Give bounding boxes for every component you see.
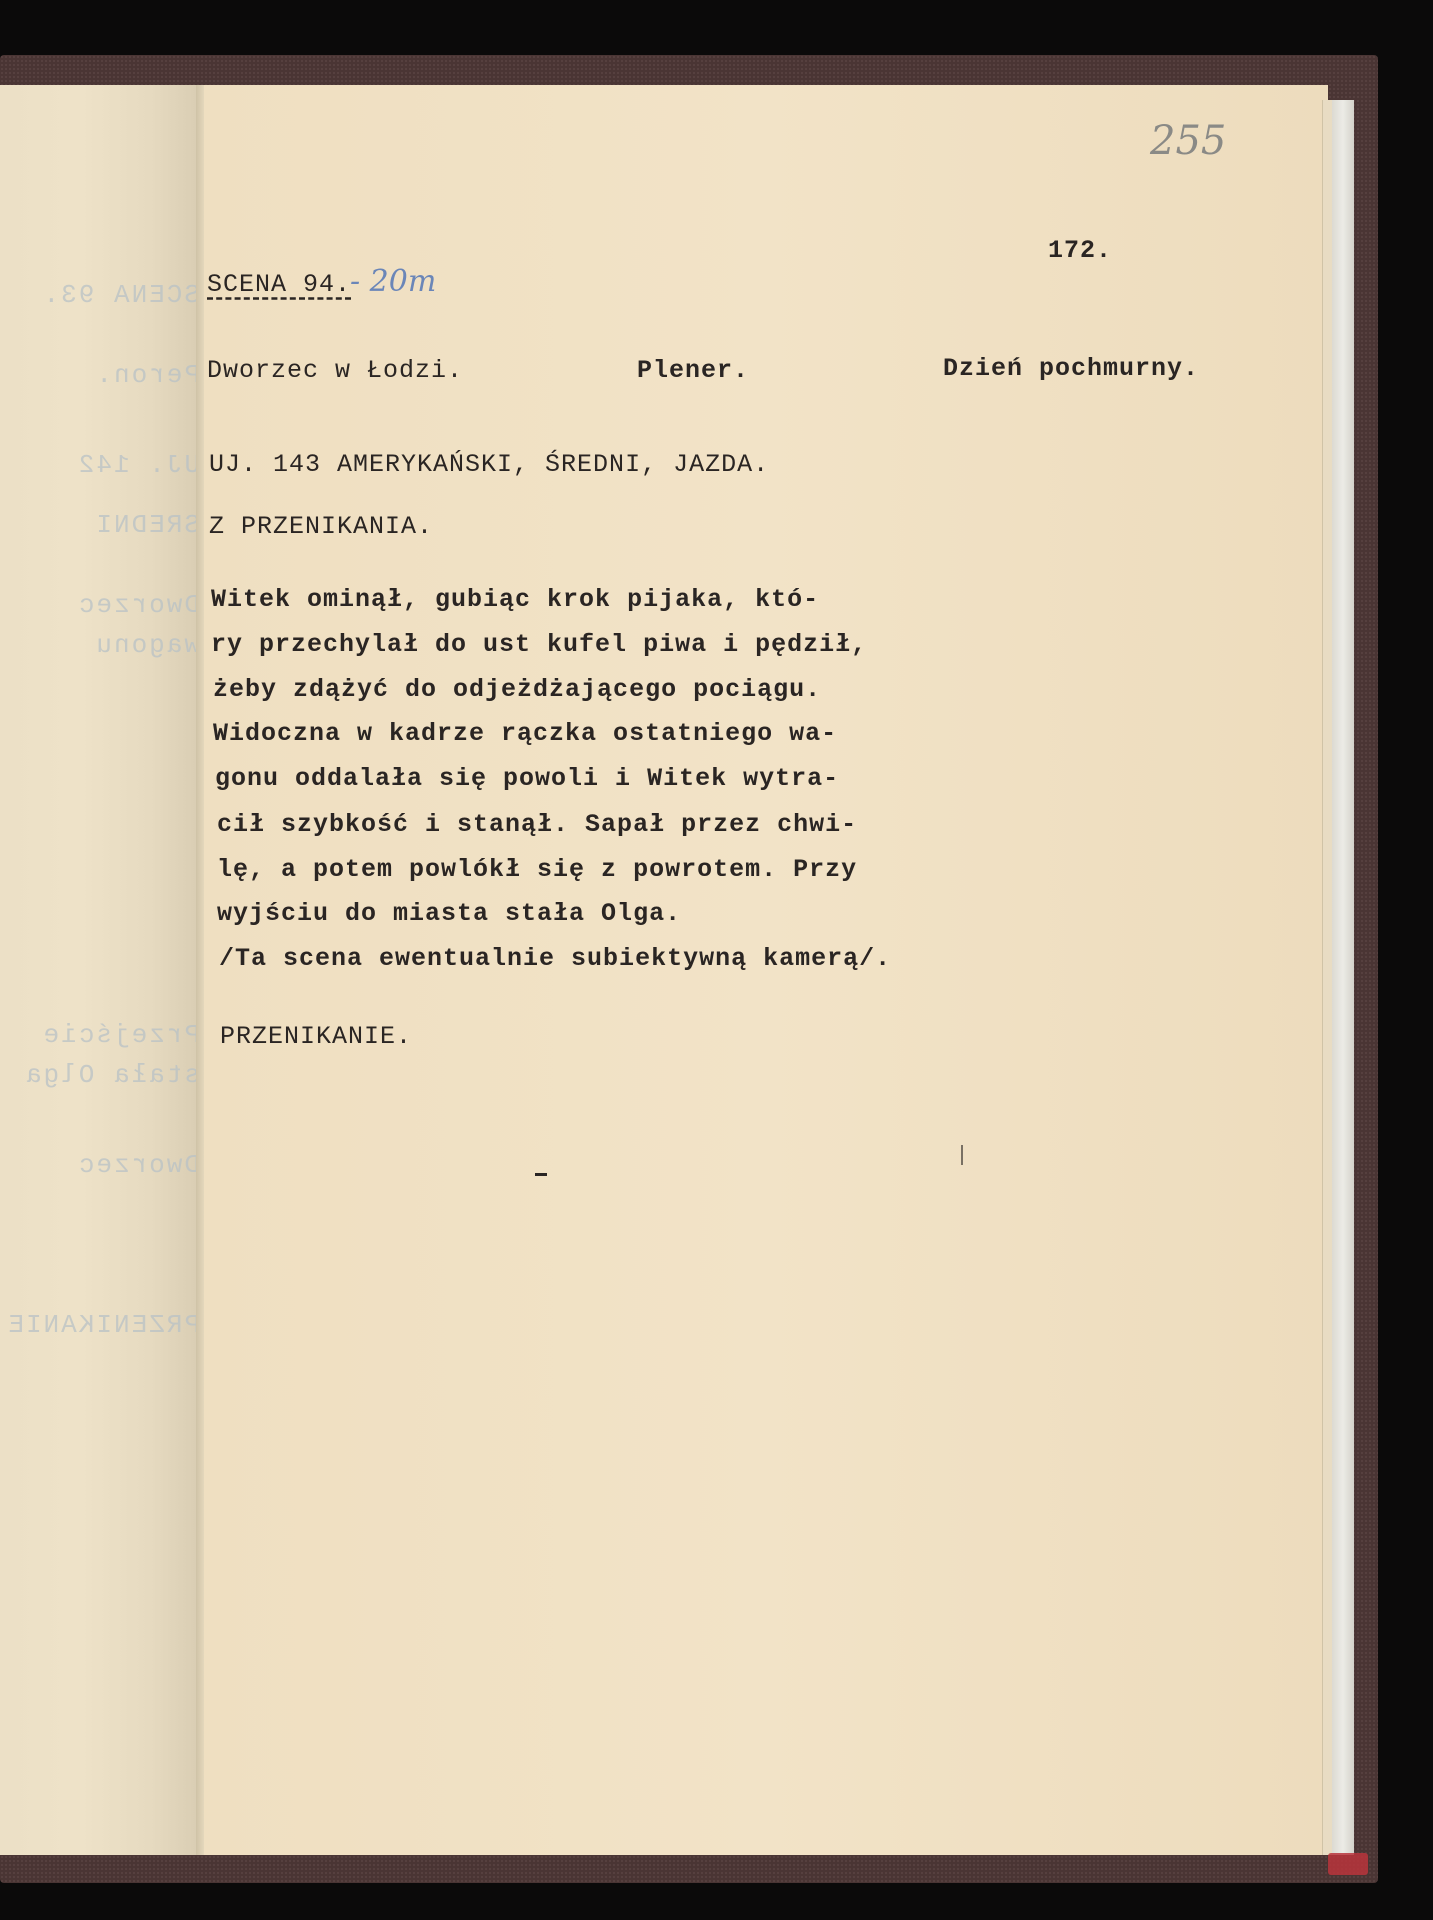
left-page: SCENA 93. Peron. UJ. 142 SREDNI Dworzec …	[0, 85, 200, 1855]
body-line: Witek ominął, gubiąc krok pijaka, któ-	[211, 585, 819, 614]
bleed-through-text: wagonu	[94, 630, 200, 660]
body-line: wyjściu do miasta stała Olga.	[217, 899, 681, 928]
body-line: ry przechylał do ust kufel piwa i pędził…	[211, 630, 867, 659]
slug-setting: Plener.	[637, 356, 749, 385]
ink-speck	[535, 1173, 547, 1176]
body-line: cił szybkość i stanął. Sapał przez chwi-	[217, 810, 857, 839]
typed-page-number: 172.	[1048, 236, 1112, 265]
handwritten-duration-note: - 20m	[350, 264, 436, 299]
marbled-endpaper	[1332, 100, 1354, 1855]
transition-out: PRZENIKANIE.	[220, 1022, 412, 1051]
bleed-through-text: Dworzec	[77, 1150, 200, 1180]
bleed-through-text: stała Olga	[24, 1060, 200, 1090]
slug-time: Dzień pochmurny.	[943, 354, 1199, 383]
paper-mark	[961, 1145, 963, 1165]
shot-description: UJ. 143 AMERYKAŃSKI, ŚREDNI, JAZDA.	[209, 450, 769, 479]
body-line: gonu oddalała się powoli i Witek wytra-	[215, 764, 839, 793]
body-line: żeby zdążyć do odjeżdżającego pociągu.	[213, 675, 821, 704]
bleed-through-text: PRZENIKANIE	[6, 1310, 200, 1340]
archive-page-number: 255	[1150, 118, 1226, 164]
bleed-through-text: SCENA 93.	[42, 280, 200, 310]
bleed-through-text: UJ. 142	[77, 450, 200, 480]
body-line: Widoczna w kadrze rączka ostatniego wa-	[213, 719, 837, 748]
bleed-through-text: SREDNI	[94, 510, 200, 540]
bleed-through-text: Peron.	[94, 360, 200, 390]
slug-location: Dworzec w Łodzi.	[207, 356, 463, 385]
cover-corner-wear	[1328, 1853, 1368, 1875]
body-line: lę, a potem powlókł się z powrotem. Przy	[217, 855, 857, 884]
transition-in: Z PRZENIKANIA.	[209, 512, 433, 541]
scene-heading: SCENA 94.	[207, 270, 351, 299]
bleed-through-text: Dworzec	[77, 590, 200, 620]
body-line: /Ta scena ewentualnie subiektywną kamerą…	[219, 944, 891, 973]
bleed-through-text: Przejście	[42, 1020, 200, 1050]
